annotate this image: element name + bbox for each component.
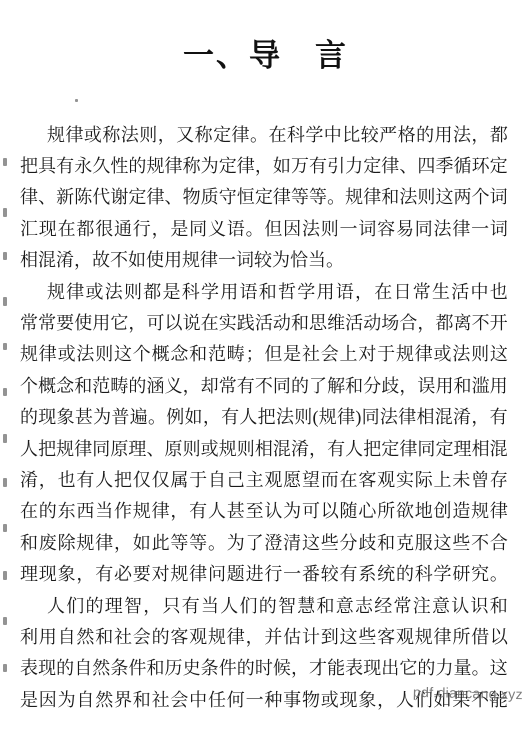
text-line: 人把规律同原理、原则或规则相混淆，有人把定律同定理相混 [20, 433, 508, 464]
text-line: 常常要使用它，可以说在实践活动和思维活动场合，都离不开 [20, 307, 508, 338]
scan-artifact-speck [3, 478, 7, 487]
watermark: pdf.diancang.xyz [413, 684, 523, 702]
scan-artifact-speck [3, 208, 7, 217]
scan-artifact-speck [3, 343, 7, 350]
scan-artifact-speck [3, 297, 7, 306]
text-line: 理现象，有必要对规律问题进行一番较有系统的科学研究。 [20, 558, 508, 589]
body-text: 规律或称法则，又称定律。在科学中比较严格的用法，都把具有永久性的规律称为定律，如… [20, 119, 508, 715]
chapter-title: 一、导 言 [0, 30, 531, 75]
scan-artifact-speck [3, 388, 7, 396]
paragraph: 规律或称法则，又称定律。在科学中比较严格的用法，都把具有永久性的规律称为定律，如… [20, 119, 508, 276]
scan-artifact-speck [75, 99, 78, 102]
text-line: 个概念和范畴的涵义，却常有不同的了解和分歧，误用和滥用 [20, 370, 508, 401]
text-line: 表现的自然条件和历史条件的时候，才能表现出它的力量。这 [20, 653, 508, 684]
paragraph: 规律或法则都是科学用语和哲学用语，在日常生活中也常常要使用它，可以说在实践活动和… [20, 276, 508, 590]
scan-artifact-speck [3, 617, 7, 625]
scan-artifact-speck [3, 571, 7, 580]
scan-artifact-speck [3, 524, 7, 532]
text-line: 相混淆，故不如使用规律一词较为恰当。 [20, 245, 508, 276]
text-line: 规律或称法则，又称定律。在科学中比较严格的用法，都 [20, 119, 508, 150]
scan-artifact-speck [3, 434, 7, 443]
text-line: 汇现在都很通行，是同义语。但因法则一词容易同法律一词 [20, 213, 508, 244]
text-line: 规律或法则都是科学用语和哲学用语，在日常生活中也 [20, 276, 508, 307]
text-line: 的现象甚为普遍。例如，有人把法则(规律)同法律相混淆，有 [20, 402, 508, 433]
text-line: 淆，也有人把仅仅属于自己主观愿望而在客观实际上未曾存 [20, 464, 508, 495]
scan-artifact-speck [3, 664, 7, 672]
book-page: 一、导 言 规律或称法则，又称定律。在科学中比较严格的用法，都把具有永久性的规律… [0, 0, 531, 729]
text-line: 规律或法则这个概念和范畴；但是社会上对于规律或法则这 [20, 339, 508, 370]
text-line: 把具有永久性的规律称为定律，如万有引力定律、四季循环定 [20, 150, 508, 181]
text-line: 在的东西当作规律，有人甚至认为可以随心所欲地创造规律 [20, 496, 508, 527]
text-line: 人们的理智，只有当人们的智慧和意志经常注意认识和 [20, 590, 508, 621]
text-line: 律、新陈代谢定律、物质守恒定律等等。规律和法则这两个词 [20, 182, 508, 213]
scan-artifact-speck [3, 252, 7, 260]
text-line: 利用自然和社会的客观规律，并估计到这些客观规律所借以 [20, 621, 508, 652]
text-line: 和废除规律，如此等等。为了澄清这些分歧和克服这些不合 [20, 527, 508, 558]
scan-artifact-speck [3, 158, 7, 166]
